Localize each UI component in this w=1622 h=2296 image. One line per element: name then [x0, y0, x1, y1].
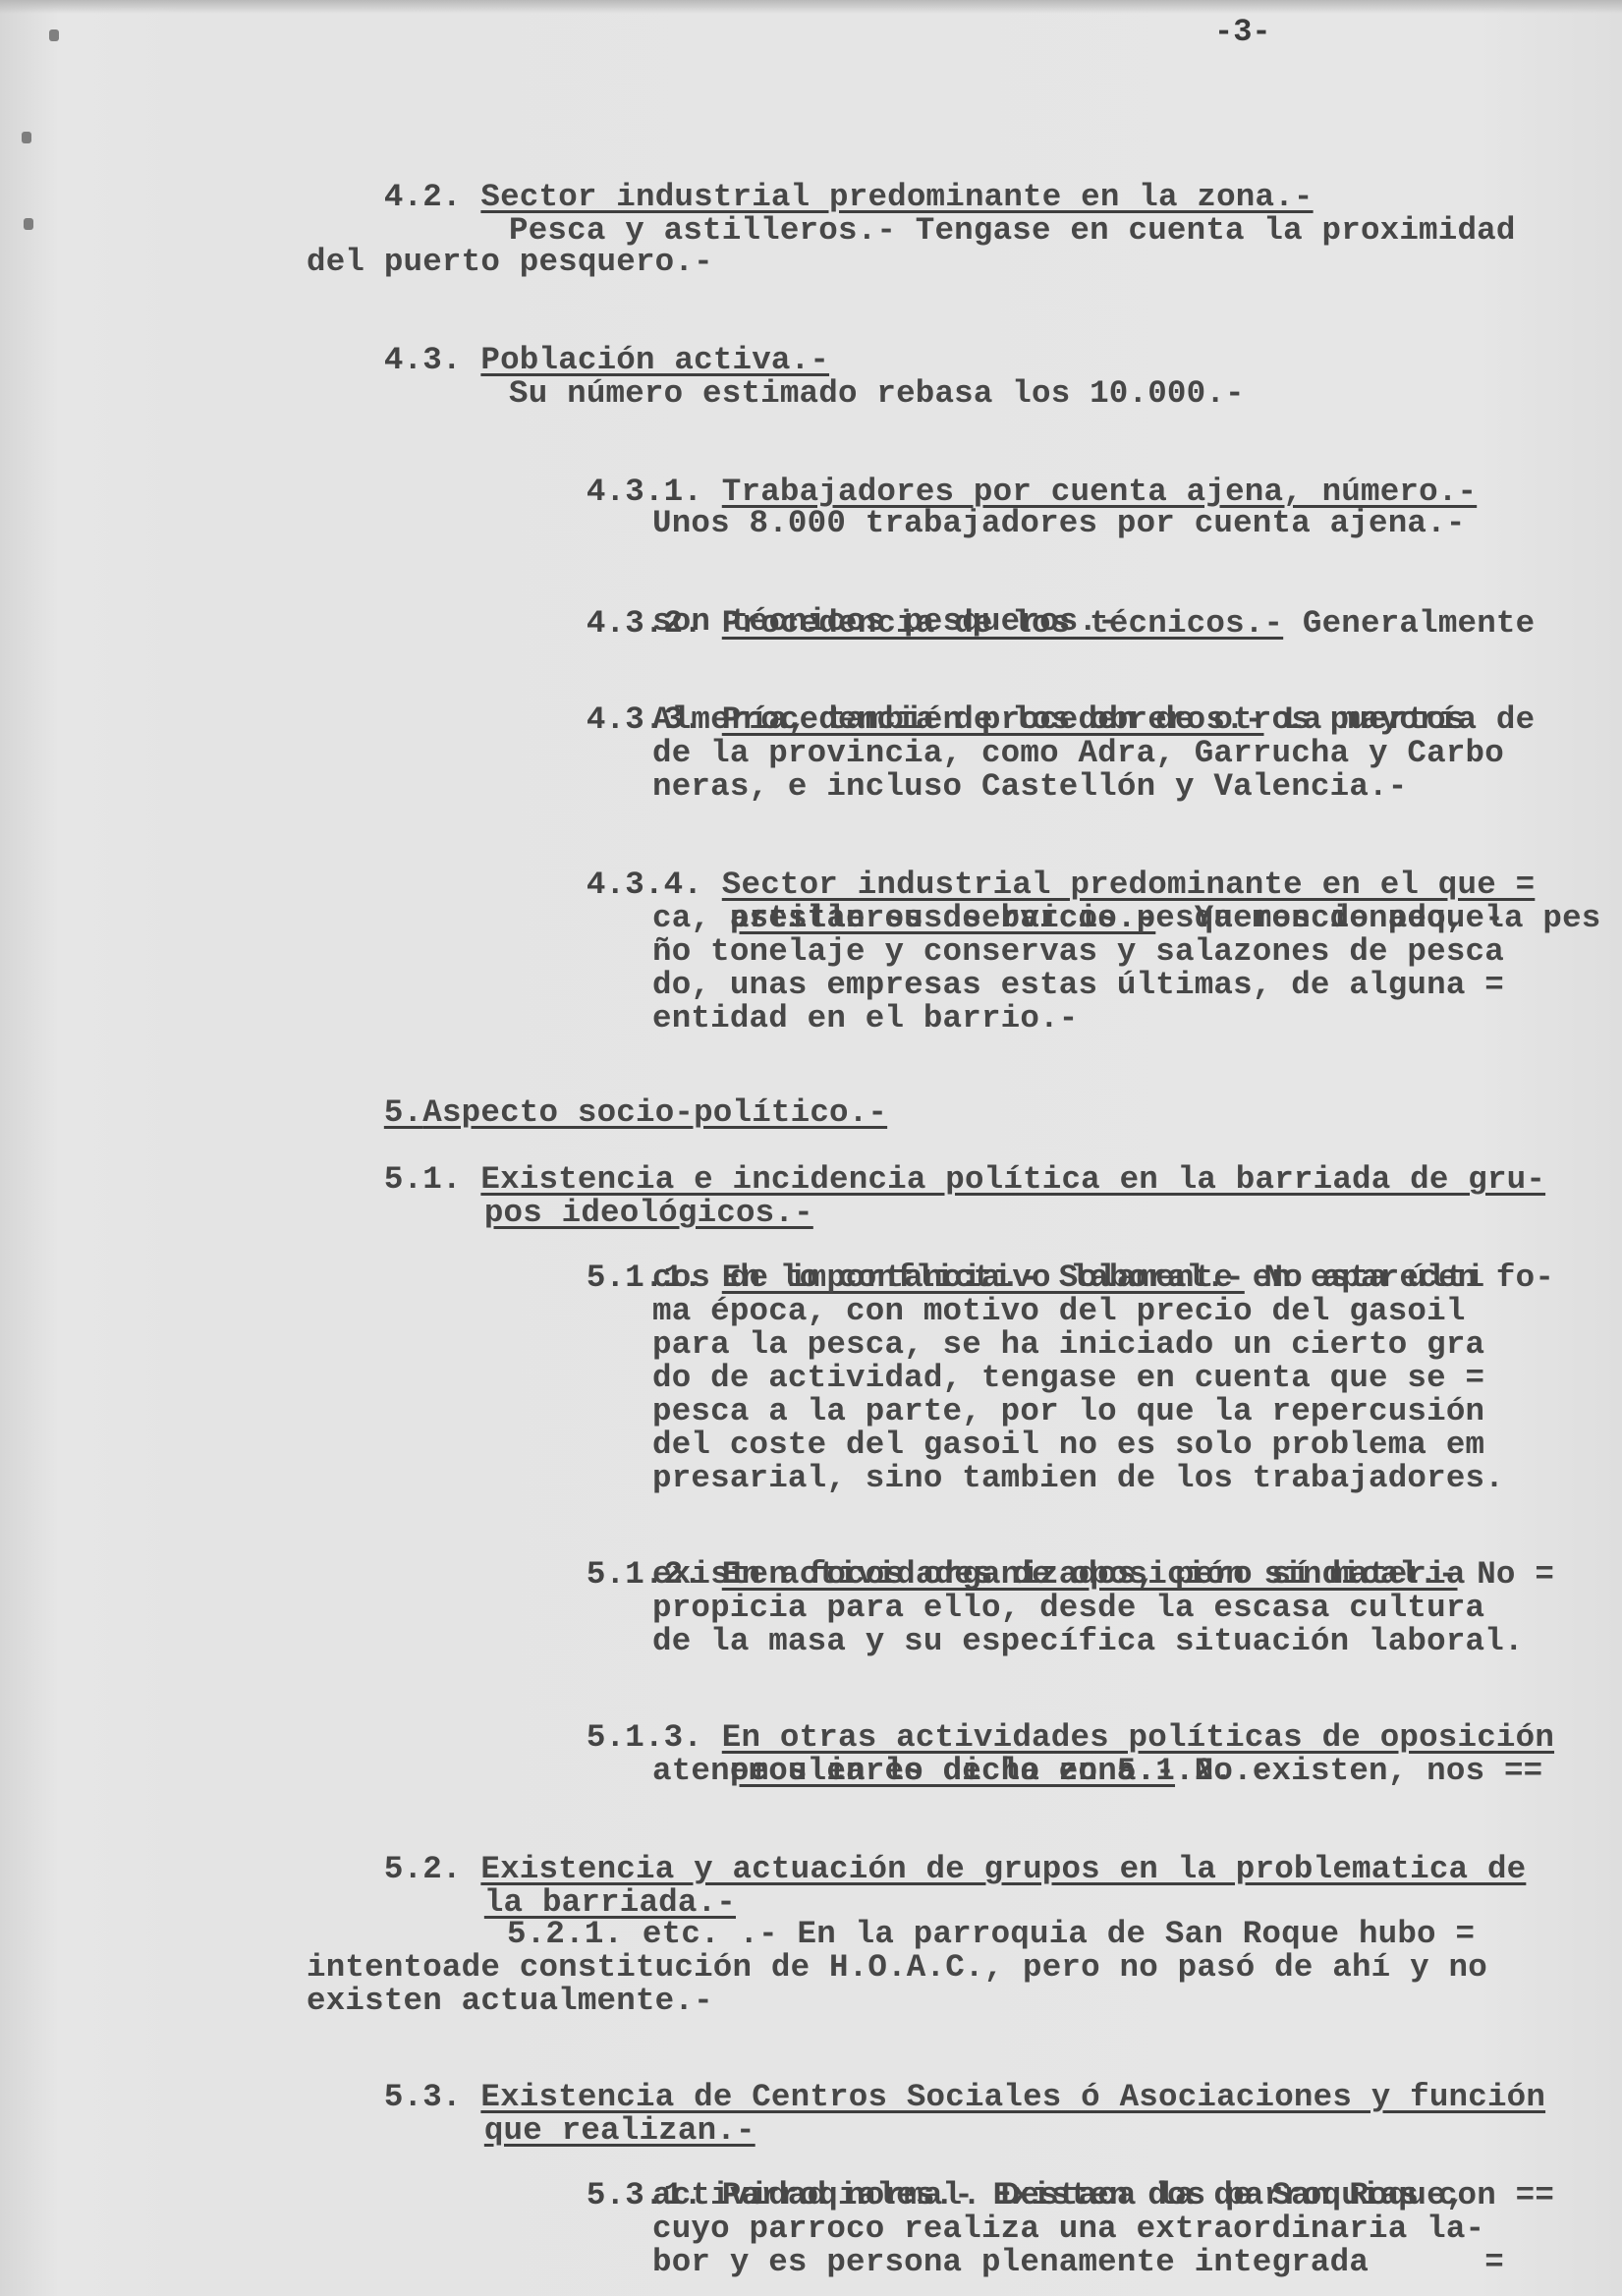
paragraph-line: Su número estimado rebasa los 10.000.-: [509, 377, 1245, 411]
paragraph-line: do, unas empresas estas últimas, de algu…: [652, 969, 1504, 1002]
section-number: 4.2.: [384, 179, 462, 215]
paragraph-line: actividad normal. Destaca la de San Roqu…: [652, 2179, 1466, 2212]
paragraph-text: No =: [1458, 1556, 1555, 1593]
paragraph-line: 5.2.1. etc. .- En la parroquia de San Ro…: [507, 1918, 1475, 1951]
paragraph-line: cuyo parroco realiza una extraordinaria …: [652, 2212, 1484, 2246]
paragraph-line: bor y es persona plenamente integrada =: [652, 2246, 1504, 2279]
section-title: que realizan.-: [484, 2112, 755, 2149]
paragraph-line: entidad en el barrio.-: [652, 1002, 1078, 1036]
section-title: Sector industrial predominante en la zon…: [480, 179, 1313, 215]
paragraph-line: de la masa y su específica situación lab…: [652, 1625, 1524, 1658]
paragraph-line: intentoade constitución de H.O.A.C., per…: [307, 1951, 1487, 1985]
paragraph-line: ma época, con motivo del precio del gaso…: [652, 1295, 1466, 1328]
typed-document-page: -3- 4.2. Sector industrial predominante …: [0, 0, 1622, 2296]
paragraph-text: Generalmente: [1283, 605, 1535, 642]
paragraph-line: Almería, también proceden de otros puert…: [652, 703, 1466, 737]
paragraph-line: Unos 8.000 trabajadores por cuenta ajena…: [652, 507, 1466, 540]
punch-hole-mark: [22, 132, 31, 143]
paragraph-line: pesca a la parte, por lo que la repercus…: [652, 1395, 1484, 1428]
section-number: 4.3.: [384, 342, 462, 378]
page-number: -3-: [1214, 14, 1271, 50]
paragraph-line: existen focos organizados, pero sí mater…: [652, 1558, 1466, 1592]
paragraph-line: Pesca y astilleros.- Tengase en cuenta l…: [509, 214, 1516, 248]
punch-hole-mark: [49, 29, 59, 41]
section-title: pos ideológicos.-: [484, 1195, 813, 1231]
paragraph-line: ca, astilleros de barcos pesqueros de pe…: [652, 902, 1504, 935]
paragraph-line: presarial, sino tambien de los trabajado…: [652, 1462, 1504, 1495]
section-title: Aspecto socio-político.-: [422, 1094, 887, 1131]
punch-hole-mark: [24, 218, 33, 230]
paragraph-line: cos de importancia.- Solamente en esta ú…: [652, 1261, 1484, 1295]
paragraph-line: atenemos en lo dicho en 5.1.2..-: [652, 1755, 1272, 1788]
paragraph-line: do de actividad, tengase en cuenta que s…: [652, 1362, 1484, 1395]
paragraph-line: propicia para ello, desde la escasa cult…: [652, 1592, 1484, 1625]
paragraph-line: ño tonelaje y conservas y salazones de p…: [652, 935, 1504, 969]
section-title: Población activa.-: [480, 342, 829, 378]
paragraph-line: son técnicos pesqueros.-: [652, 605, 1117, 639]
section-number: 5.: [384, 1094, 422, 1131]
paragraph-line: de la provincia, como Adra, Garrucha y C…: [652, 737, 1504, 770]
paragraph-line: del coste del gasoil no es solo problema…: [652, 1428, 1484, 1462]
paragraph-line: existen actualmente.-: [307, 1985, 713, 2018]
paragraph-line: neras, e incluso Castellón y Valencia.-: [652, 770, 1407, 804]
paragraph-line: del puerto pesquero.-: [307, 246, 713, 279]
paragraph-line: para la pesca, se ha iniciado un cierto …: [652, 1328, 1484, 1362]
